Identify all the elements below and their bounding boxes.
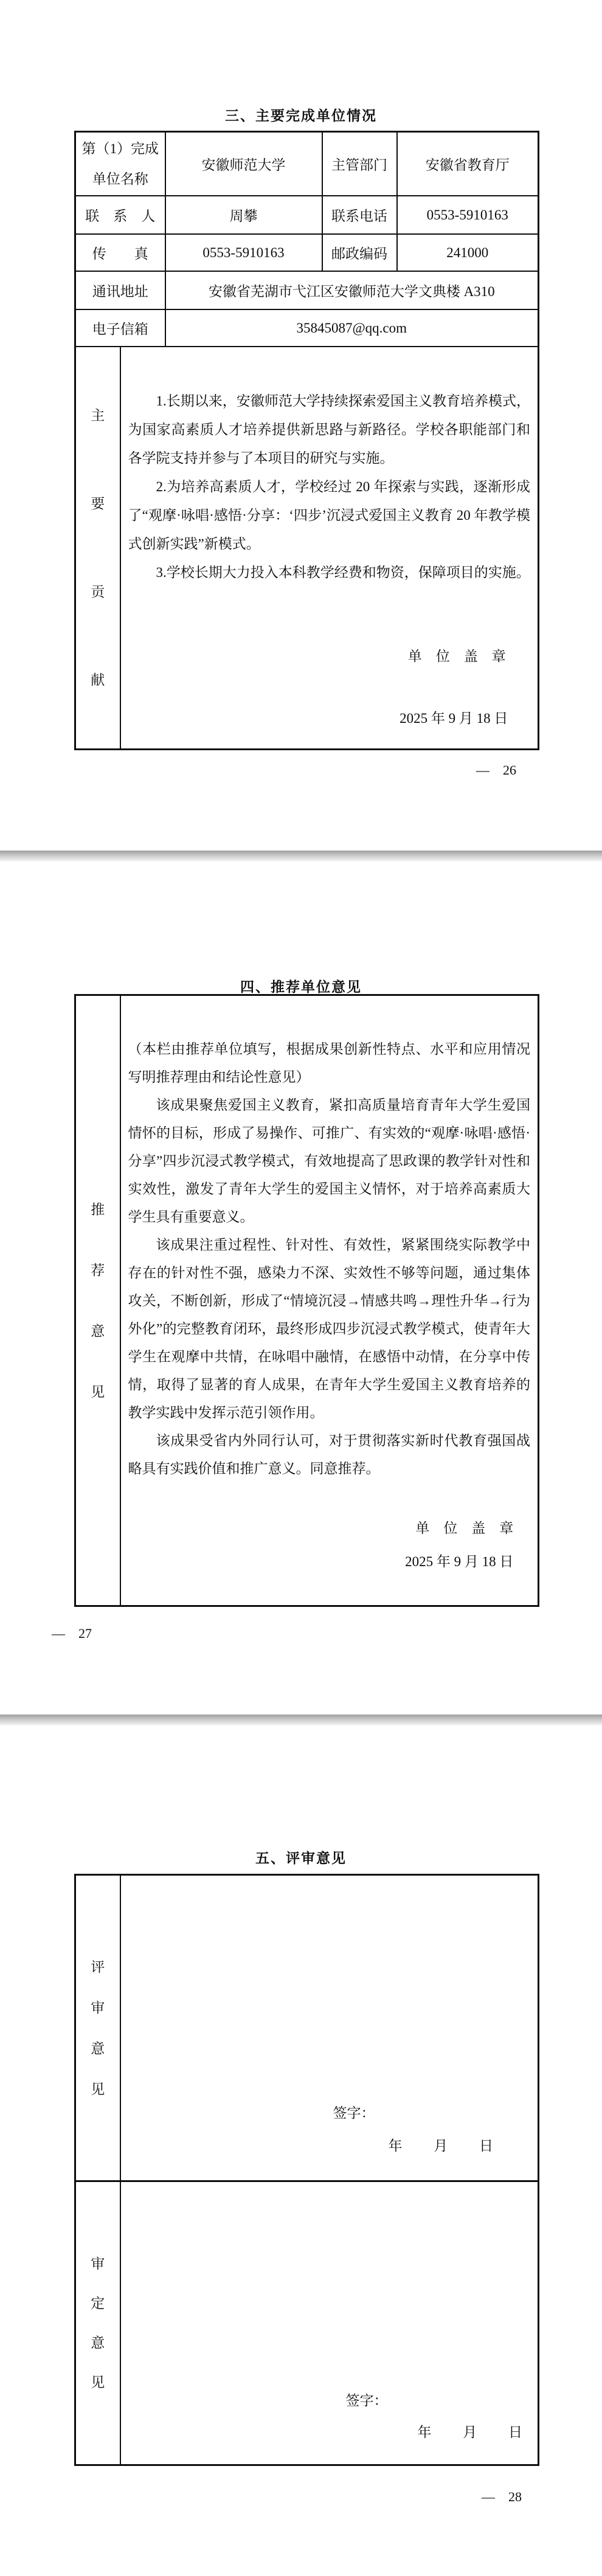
address-value: 安徽省芜湖市弋江区安徽师范大学文典楼 A310	[165, 271, 539, 309]
main-unit-table: 第（1）完成单位名称 安徽师范大学 主管部门 安徽省教育厅 联 系 人 周攀 联…	[74, 131, 539, 750]
document-canvas: 三、主要完成单位情况 第（1）完成单位名称 安徽师范大学 主管部门 安徽省教育厅…	[0, 0, 602, 2576]
email-value: 35845087@qq.com	[165, 309, 539, 347]
recommendation-paragraph-2: 该成果注重过程性、针对性、有效性，紧紧围绕实际教学中存在的针对性不强，感染力不深…	[128, 1231, 531, 1427]
vertical-label-final: 审 定 意 见	[76, 2182, 120, 2464]
contribution-paragraph-1: 1.长期以来，安徽师范大学持续探索爱国主义教育培养模式，为国家高素质人才培养提供…	[128, 387, 531, 472]
recommendation-label: 推 荐 意 见	[75, 995, 120, 1606]
review-table: 评 审 意 见 签字： 年 月 日 审 定 意	[74, 1874, 539, 2466]
section-title-recommendation: 四、推荐单位意见	[0, 976, 602, 996]
vertical-label-recommendation: 推 荐 意 见	[76, 996, 120, 1605]
table-row-recommendation: 推 荐 意 见 （本栏由推荐单位填写，根据成果创新性特点、水平和应用情况写明推荐…	[75, 995, 539, 1606]
unit-stamp-label: 单 位 盖 章	[384, 647, 531, 666]
table-row-email: 电子信箱 35845087@qq.com	[75, 309, 539, 347]
contribution-paragraph-2: 2.为培养高素质人才，学校经过 20 年探索与实践，逐渐形成了“观摩·咏唱·感悟…	[128, 472, 531, 558]
zip-label: 邮政编码	[322, 234, 397, 271]
section-title-review: 五、评审意见	[0, 1847, 602, 1867]
doc-page-26: 三、主要完成单位情况 第（1）完成单位名称 安徽师范大学 主管部门 安徽省教育厅…	[0, 0, 602, 851]
recommendation-instructions: （本栏由推荐单位填写，根据成果创新性特点、水平和应用情况写明推荐理由和结论性意见…	[128, 1035, 531, 1091]
doc-page-28: 五、评审意见 评 审 意 见 签字： 年 月 日	[0, 1725, 602, 2576]
recommendation-content: （本栏由推荐单位填写，根据成果创新性特点、水平和应用情况写明推荐理由和结论性意见…	[120, 995, 539, 1606]
doc-page-27: 四、推荐单位意见 推 荐 意 见 （本栏由推荐单位填写，根据成果创新性特点、水平…	[0, 862, 602, 1714]
table-row-main-contribution: 主 要 贡 献 1.长期以来，安徽师范大学持续探索爱国主义教育培养模式，为国家高…	[75, 347, 539, 750]
final-opinion-content: 签字： 年 月 日	[120, 2181, 539, 2465]
stamp-date: 2025 年 9 月 18 日	[378, 710, 531, 728]
main-contribution-content: 1.长期以来，安徽师范大学持续探索爱国主义教育培养模式，为国家高素质人才培养提供…	[120, 347, 539, 750]
contact-value: 周攀	[165, 196, 322, 234]
table-row-final-opinion: 审 定 意 见 签字： 年 月 日	[75, 2181, 539, 2465]
main-contribution-label: 主 要 贡 献	[75, 347, 120, 750]
fax-value: 0553-5910163	[165, 234, 322, 271]
unit-name-label: 第（1）完成单位名称	[75, 132, 165, 196]
phone-value: 0553-5910163	[397, 196, 539, 234]
table-row-address: 通讯地址 安徽省芜湖市弋江区安徽师范大学文典楼 A310	[75, 271, 539, 309]
page-number-26: — 26	[476, 760, 516, 779]
review-opinion-label: 评 审 意 见	[75, 1875, 120, 2181]
date-blank-label: 年 月 日	[389, 2137, 494, 2155]
page-number-28: — 28	[482, 2487, 522, 2505]
table-row-unit-name: 第（1）完成单位名称 安徽师范大学 主管部门 安徽省教育厅	[75, 132, 539, 196]
recommendation-table: 推 荐 意 见 （本栏由推荐单位填写，根据成果创新性特点、水平和应用情况写明推荐…	[74, 994, 539, 1607]
unit-stamp-label: 单 位 盖 章	[399, 1519, 531, 1538]
unit-name-value: 安徽师范大学	[165, 132, 322, 196]
recommendation-paragraph-3: 该成果受省内外同行认可，对于贯彻落实新时代教育强国战略具有实践价值和推广意义。同…	[128, 1427, 531, 1483]
signature-label: 签字：	[346, 2392, 388, 2410]
table-row-review-opinion: 评 审 意 见 签字： 年 月 日	[75, 1875, 539, 2181]
address-label: 通讯地址	[75, 271, 165, 309]
contact-label: 联 系 人	[75, 196, 165, 234]
zip-value: 241000	[397, 234, 539, 271]
phone-label: 联系电话	[322, 196, 397, 234]
vertical-label-contribution: 主 要 贡 献	[76, 347, 120, 748]
vertical-label-review: 评 审 意 见	[76, 1876, 120, 2180]
recommendation-paragraph-1: 该成果聚焦爱国主义教育，紧扣高质量培育青年大学生爱国情怀的目标，形成了易操作、可…	[128, 1091, 531, 1231]
authority-label: 主管部门	[322, 132, 397, 196]
final-opinion-label: 审 定 意 见	[75, 2181, 120, 2465]
section-title-main-units: 三、主要完成单位情况	[0, 105, 602, 125]
email-label: 电子信箱	[75, 309, 165, 347]
page-separator-2	[0, 1714, 602, 1725]
authority-value: 安徽省教育厅	[397, 132, 539, 196]
stamp-date: 2025 年 9 月 18 日	[389, 1553, 531, 1571]
date-blank-label: 年 月 日	[418, 2423, 523, 2442]
contribution-paragraph-3: 3.学校长期大力投入本科教学经费和物资，保障项目的实施。	[128, 558, 531, 587]
fax-label: 传 真	[75, 234, 165, 271]
page-separator-1	[0, 851, 602, 862]
page-number-27: — 27	[52, 1623, 92, 1642]
review-opinion-content: 签字： 年 月 日	[120, 1875, 539, 2181]
signature-label: 签字：	[333, 2104, 375, 2122]
table-row-fax: 传 真 0553-5910163 邮政编码 241000	[75, 234, 539, 271]
table-row-contact: 联 系 人 周攀 联系电话 0553-5910163	[75, 196, 539, 234]
